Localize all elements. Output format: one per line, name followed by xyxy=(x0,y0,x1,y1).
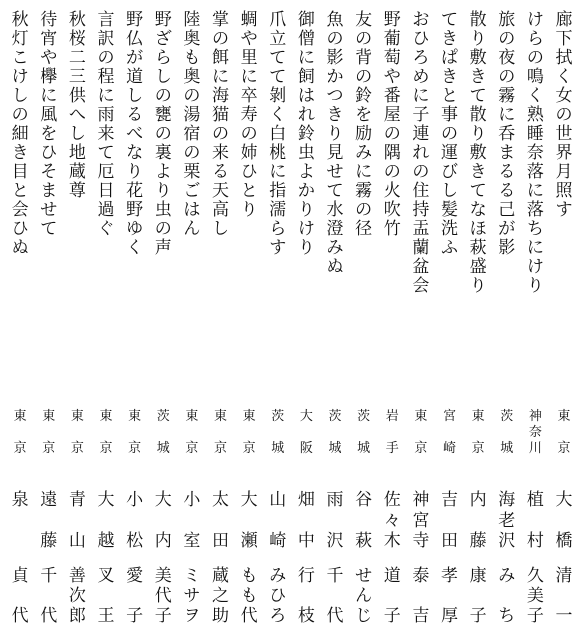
haiku-text: 野仏が道しるべなり花野ゆく xyxy=(120,11,149,258)
author-surname: 大瀬 xyxy=(235,491,264,550)
author-prefecture: 神奈川 xyxy=(521,409,550,456)
author-surname: 小室 xyxy=(178,491,207,550)
poem-column: けらの鳴く熟睡奈落に落ちにけり 神奈川 植村 久美子 xyxy=(521,0,550,633)
author-given-name: 叉王 xyxy=(92,567,121,625)
haiku-text: 魚の影かつきり見せて水澄みぬ xyxy=(321,11,350,277)
poem-column: 秋灯こけしの細き目と会ひぬ 東京 泉 貞代 xyxy=(6,0,35,633)
poem-column: 魚の影かつきり見せて水澄みぬ 茨城 雨沢 千代 xyxy=(321,0,350,633)
haiku-text: 友の背の鈴を励みに霧の径 xyxy=(349,11,378,239)
poem-columns: 廊下拭く女の世界月照す 東京 大橋 清一 けらの鳴く熟睡奈落に落ちにけり 神奈川… xyxy=(6,0,579,633)
poem-column: 野ざらしの甕の裏より虫の声 茨城 大内 美代子 xyxy=(149,0,178,633)
author-given-name: 千代 xyxy=(321,567,350,625)
haiku-text: 野ざらしの甕の裏より虫の声 xyxy=(149,11,178,258)
poem-column: 蜩や里に卒寿の姉ひとり 東京 大瀬 もも代 xyxy=(235,0,264,633)
author-surname: 吉田 xyxy=(435,491,464,550)
haiku-text: 秋桜二三供へし地蔵尊 xyxy=(63,11,92,201)
author-prefecture: 東京 xyxy=(235,409,264,456)
poem-column: 旅の夜の霧に呑まるる己が影 茨城 海老沢 みち xyxy=(492,0,521,633)
author-prefecture: 茨城 xyxy=(149,409,178,456)
haiku-text: 陸奥も奥の湯宿の栗ごはん xyxy=(178,11,207,239)
author-surname: 畑中 xyxy=(292,491,321,550)
haiku-text: おひろめに子連れの住持盂蘭盆会 xyxy=(407,11,436,296)
author-given-name: 貞代 xyxy=(6,567,35,625)
author-prefecture: 東京 xyxy=(34,409,63,456)
author-surname: 植村 xyxy=(521,491,550,550)
author-surname: 泉 xyxy=(6,491,35,550)
haiku-text: 蜩や里に卒寿の姉ひとり xyxy=(235,11,264,220)
author-prefecture: 茨城 xyxy=(492,409,521,456)
author-given-name: ミサヲ xyxy=(178,567,207,625)
author-surname: 内藤 xyxy=(464,491,493,550)
haiku-text: 散り敷きて散り敷きてなほ萩盛り xyxy=(464,11,493,296)
author-prefecture: 茨城 xyxy=(321,409,350,456)
author-given-name: 清一 xyxy=(550,567,579,625)
author-prefecture: 大阪 xyxy=(292,409,321,456)
author-prefecture: 東京 xyxy=(178,409,207,456)
author-surname: 海老沢 xyxy=(492,491,521,550)
poem-column: てきぱきと事の運びし髪洗ふ 宮崎 吉田 孝厚 xyxy=(435,0,464,633)
haiku-page: 廊下拭く女の世界月照す 東京 大橋 清一 けらの鳴く熟睡奈落に落ちにけり 神奈川… xyxy=(0,0,587,633)
author-given-name: 千代 xyxy=(34,567,63,625)
author-prefecture: 東京 xyxy=(464,409,493,456)
author-prefecture: 宮崎 xyxy=(435,409,464,456)
author-prefecture: 東京 xyxy=(550,409,579,456)
author-prefecture: 茨城 xyxy=(263,409,292,456)
author-given-name: 道子 xyxy=(378,567,407,625)
author-surname: 青山 xyxy=(63,491,92,550)
poem-column: 散り敷きて散り敷きてなほ萩盛り 東京 内藤 康子 xyxy=(464,0,493,633)
poem-column: 野葡萄や番屋の隅の火吹竹 岩手 佐々木 道子 xyxy=(378,0,407,633)
poem-column: 友の背の鈴を励みに霧の径 茨城 谷萩 せんじ xyxy=(349,0,378,633)
poem-column: 掌の餌に海猫の来る天高し 東京 太田 蔵之助 xyxy=(206,0,235,633)
author-given-name: もも代 xyxy=(235,567,264,625)
author-given-name: 久美子 xyxy=(521,567,550,625)
haiku-text: 待宵や欅に風をひそませて xyxy=(34,11,63,239)
author-surname: 大越 xyxy=(92,491,121,550)
author-surname: 佐々木 xyxy=(378,491,407,550)
author-surname: 神宮寺 xyxy=(407,491,436,550)
author-given-name: 康子 xyxy=(464,567,493,625)
author-prefecture: 東京 xyxy=(63,409,92,456)
haiku-text: てきぱきと事の運びし髪洗ふ xyxy=(435,11,464,258)
haiku-text: 野葡萄や番屋の隅の火吹竹 xyxy=(378,11,407,239)
poem-column: 爪立てて剝く白桃に指濡らす 茨城 山崎 みひろ xyxy=(263,0,292,633)
haiku-text: 掌の餌に海猫の来る天高し xyxy=(206,11,235,239)
haiku-text: 秋灯こけしの細き目と会ひぬ xyxy=(6,11,35,258)
author-prefecture: 東京 xyxy=(407,409,436,456)
author-given-name: みち xyxy=(492,567,521,625)
poem-column: 野仏が道しるべなり花野ゆく 東京 小松 愛子 xyxy=(120,0,149,633)
author-given-name: 善次郎 xyxy=(63,567,92,625)
author-given-name: 行枝 xyxy=(292,567,321,625)
author-prefecture: 東京 xyxy=(6,409,35,456)
author-given-name: 美代子 xyxy=(149,567,178,625)
author-given-name: 孝厚 xyxy=(435,567,464,625)
author-surname: 大橋 xyxy=(550,491,579,550)
author-prefecture: 岩手 xyxy=(378,409,407,456)
poem-column: 待宵や欅に風をひそませて 東京 遠藤 千代 xyxy=(34,0,63,633)
author-surname: 谷萩 xyxy=(349,491,378,550)
poem-column: 秋桜二三供へし地蔵尊 東京 青山 善次郎 xyxy=(63,0,92,633)
author-surname: 大内 xyxy=(149,491,178,550)
author-given-name: 愛子 xyxy=(120,567,149,625)
poem-column: おひろめに子連れの住持盂蘭盆会 東京 神宮寺 泰吉 xyxy=(407,0,436,633)
haiku-text: けらの鳴く熟睡奈落に落ちにけり xyxy=(521,11,550,296)
author-prefecture: 東京 xyxy=(92,409,121,456)
author-surname: 山崎 xyxy=(263,491,292,550)
author-given-name: 泰吉 xyxy=(407,567,436,625)
author-given-name: みひろ xyxy=(263,567,292,625)
poem-column: 陸奥も奥の湯宿の栗ごはん 東京 小室 ミサヲ xyxy=(178,0,207,633)
haiku-text: 廊下拭く女の世界月照す xyxy=(550,11,579,220)
author-prefecture: 茨城 xyxy=(349,409,378,456)
haiku-text: 言訳の程に雨来て厄日過ぐ xyxy=(92,11,121,239)
poem-column: 言訳の程に雨来て厄日過ぐ 東京 大越 叉王 xyxy=(92,0,121,633)
poem-column: 御僧に飼はれ鈴虫よかりけり 大阪 畑中 行枝 xyxy=(292,0,321,633)
author-surname: 雨沢 xyxy=(321,491,350,550)
author-surname: 遠藤 xyxy=(34,491,63,550)
author-prefecture: 東京 xyxy=(206,409,235,456)
haiku-text: 御僧に飼はれ鈴虫よかりけり xyxy=(292,11,321,258)
author-given-name: 蔵之助 xyxy=(206,567,235,625)
author-prefecture: 東京 xyxy=(120,409,149,456)
author-surname: 小松 xyxy=(120,491,149,550)
haiku-text: 爪立てて剝く白桃に指濡らす xyxy=(263,11,292,258)
haiku-text: 旅の夜の霧に呑まるる己が影 xyxy=(492,11,521,258)
author-given-name: せんじ xyxy=(349,567,378,625)
author-surname: 太田 xyxy=(206,491,235,550)
poem-column: 廊下拭く女の世界月照す 東京 大橋 清一 xyxy=(550,0,579,633)
